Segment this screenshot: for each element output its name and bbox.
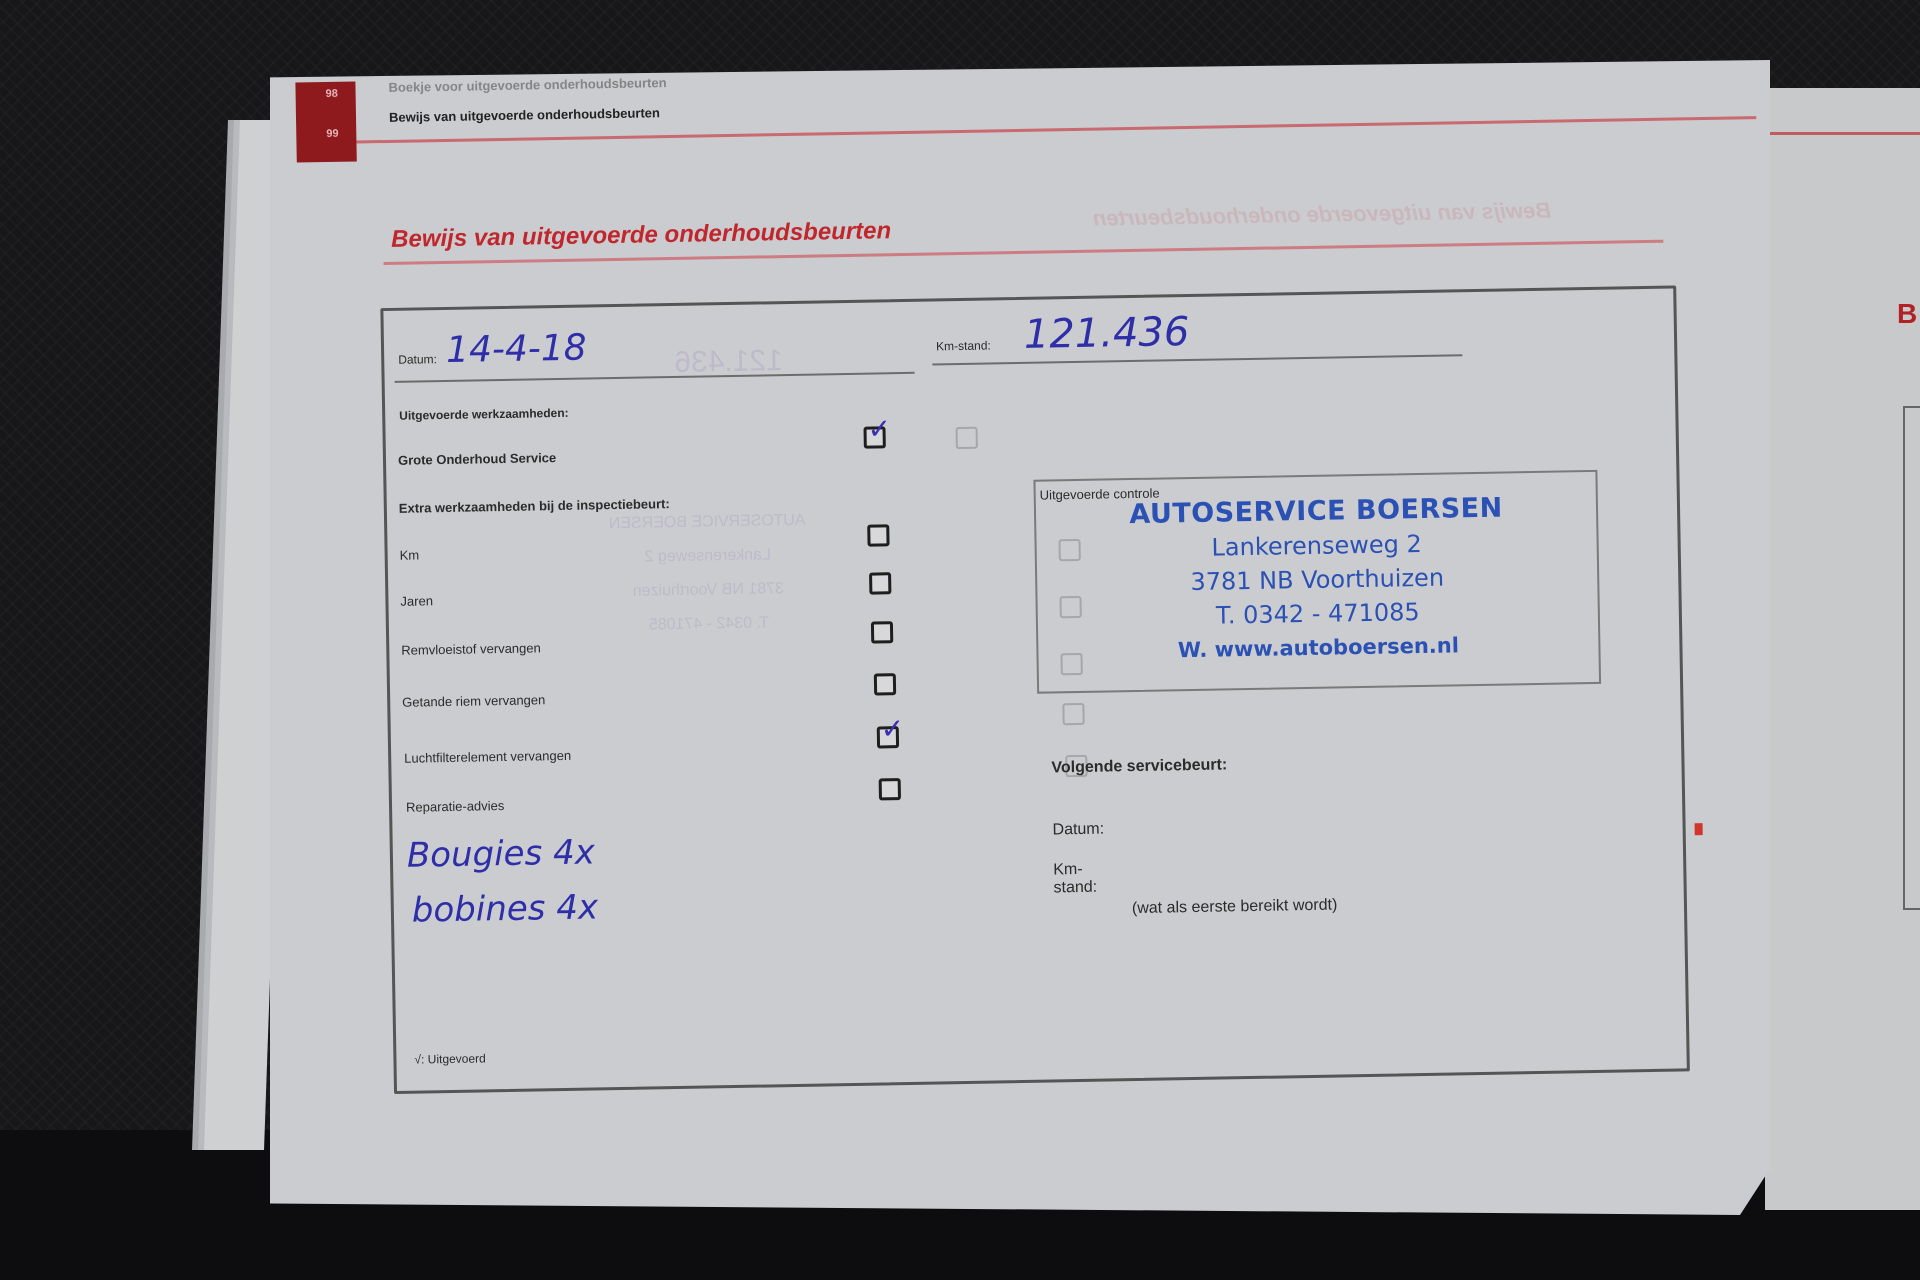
bleed-through-checkbox [956,427,978,449]
check-mark-icon: ✓ [867,415,891,443]
item-label-luchtfilter: Luchtfilterelement vervangen [404,748,571,766]
next-service-note: (wat als eerste bereikt wordt) [1132,897,1338,919]
bleed-stamp-street: Lankerenseweg 2 [567,537,848,576]
item-label-jaren: Jaren [400,593,433,609]
bleed-through-title: Bewijs van uitgevoerde onderhoudsbeurten [1093,198,1552,232]
control-stamp-box: Uitgevoerde controle AUTOSERVICE BOERSEN… [1033,470,1601,694]
legend-performed: √: Uitgevoerd [414,1051,486,1066]
km-label: Km-stand: [936,338,991,353]
section-title: Bewijs van uitgevoerde onderhoudsbeurten [391,217,892,254]
checkbox-grote-onderhoud[interactable]: ✓ [863,426,885,448]
checkbox-jaren[interactable] [869,572,891,594]
item-label-reparatie-advies: Reparatie-advies [406,798,505,815]
datum-line [395,372,915,383]
datum-label: Datum: [398,352,437,367]
item-label-grote-onderhoud: Grote Onderhoud Service [398,450,556,468]
right-page-title-fragment: B [1897,298,1917,330]
checkbox-reparatie-advies[interactable] [879,778,901,800]
advice-note-1[interactable]: Bougies 4x [407,832,596,875]
right-page: B [1765,88,1920,1210]
bleed-stamp-phone: T. 0342 - 471085 [569,605,850,644]
next-service-datum-label: Datum: [1052,821,1104,840]
bleed-stamp-city: 3781 NB Voorthuizen [568,571,849,610]
check-mark-icon: ✓ [881,715,905,743]
checkbox-remvloeistof[interactable] [871,621,893,643]
bleed-through-km: 121.436 [674,344,783,380]
checkbox-luchtfilter[interactable]: ✓ [877,726,899,748]
advice-note-2[interactable]: bobines 4x [412,887,599,930]
km-line [932,354,1462,365]
running-head-top: Boekje voor uitgevoerde onderhoudsbeurte… [388,75,666,95]
service-record-form: Datum: 14-4-18 121.436 Km-stand: 121.436… [380,285,1690,1093]
km-value[interactable]: 121.436 [1024,309,1190,358]
checkbox-km[interactable] [867,524,889,546]
faint-checkbox [1062,703,1084,725]
page-number-bottom: 99 [326,128,338,140]
right-page-rule [1765,132,1920,135]
checkbox-getande-riem[interactable] [874,673,896,695]
page-number-top: 98 [325,88,337,100]
chapter-tab: 98 99 [295,82,356,163]
bleed-through-stamp: AUTOSERVICE BOERSEN Lankerenseweg 2 3781… [567,503,849,644]
datum-value[interactable]: 14-4-18 [446,328,587,371]
item-label-remvloeistof: Remvloeistof vervangen [401,640,541,657]
dealer-stamp: AUTOSERVICE BOERSEN Lankerenseweg 2 3781… [1036,490,1599,670]
item-label-km: Km [400,547,420,562]
next-service-km-label: Km-stand: [1053,861,1097,898]
right-page-form-edge [1903,406,1920,910]
next-service-heading: Volgende servicebeurt: [1051,756,1227,777]
bleed-stamp-name: AUTOSERVICE BOERSEN [567,503,848,542]
running-head: Bewijs van uitgevoerde onderhoudsbeurten [389,105,660,125]
service-booklet-page: 98 99 Boekje voor uitgevoerde onderhouds… [270,60,1770,1215]
performed-heading: Uitgevoerde werkzaamheden: [399,406,569,423]
page-marker [1695,823,1703,835]
item-label-getande-riem: Getande riem vervangen [402,692,545,709]
